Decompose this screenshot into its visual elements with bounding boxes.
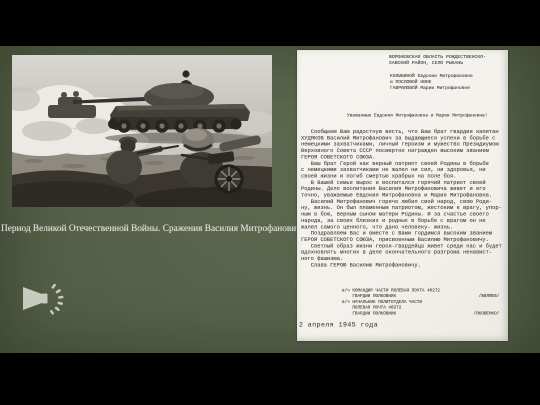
letterbox-bottom — [0, 353, 540, 405]
audio-speaker-icon[interactable] — [21, 281, 65, 315]
letter-page: ВОРОНЕЖСКАЯ ОБЛАСТЬ РОЖДЕСТВЕНСКО-ХАВСКИ… — [297, 50, 508, 341]
letter-document: ВОРОНЕЖСКАЯ ОБЛАСТЬ РОЖДЕСТВЕНСКО-ХАВСКИ… — [297, 50, 508, 341]
document-body: Сообщаем Вам радостную весть, что Ваш бр… — [301, 129, 506, 269]
document-line: ГАВРИЛОВОЙ Марии Митрофановне — [390, 85, 473, 91]
video-frame: Период Великой Отечественной Войны. Сраж… — [0, 0, 540, 405]
document-line: Сообщаем Вам радостную весть, что Ваш бр… — [301, 129, 506, 135]
document-date: 2 апреля 1945 года — [299, 321, 378, 329]
document-line: Слава ГЕРОЮ Василию Митрофановичу. — [301, 262, 506, 268]
document-signature: в/ч КОМАНДИР ЧАСТИ ПОЛЕВАЯ ПОЧТА 40272 Г… — [342, 288, 499, 317]
document-line: народа, за своих близких и родных в борь… — [301, 218, 506, 224]
battle-photo — [12, 55, 272, 207]
battle-photo-illustration — [12, 55, 272, 207]
document-line: ХАВСКИЙ РАЙОН, СЕЛО РЫКАНЬ — [389, 60, 486, 66]
slide-caption: Период Великой Отечественной Войны. Сраж… — [1, 222, 321, 236]
document-header: ВОРОНЕЖСКАЯ ОБЛАСТЬ РОЖДЕСТВЕНСКО-ХАВСКИ… — [389, 54, 486, 66]
document-line: ГВАРДИИ ПОЛКОВНИК /ЯКОВЕНКО/ — [342, 311, 499, 317]
document-greeting: Уважаемые Евдокия Митрофановна и Мария М… — [347, 113, 487, 118]
slide: Период Великой Отечественной Войны. Сраж… — [0, 46, 540, 353]
letterbox-top — [0, 0, 540, 46]
document-line: ным в бою, верным сыном матери Родины. И… — [301, 212, 506, 218]
document-line: ГЕРОЯ СОВЕТСКОГО СОЮЗА, присвоенным Васи… — [301, 237, 506, 243]
document-line: Верховного Совета СССР посмертно награжд… — [301, 148, 506, 154]
document-line: точно, уважаемые Евдокия Митрофановна и … — [301, 193, 506, 199]
document-addressee: КОЛЫБИНОЙ Евдокии Митрофановнеи ПОСЛОВОЙ… — [390, 73, 473, 91]
